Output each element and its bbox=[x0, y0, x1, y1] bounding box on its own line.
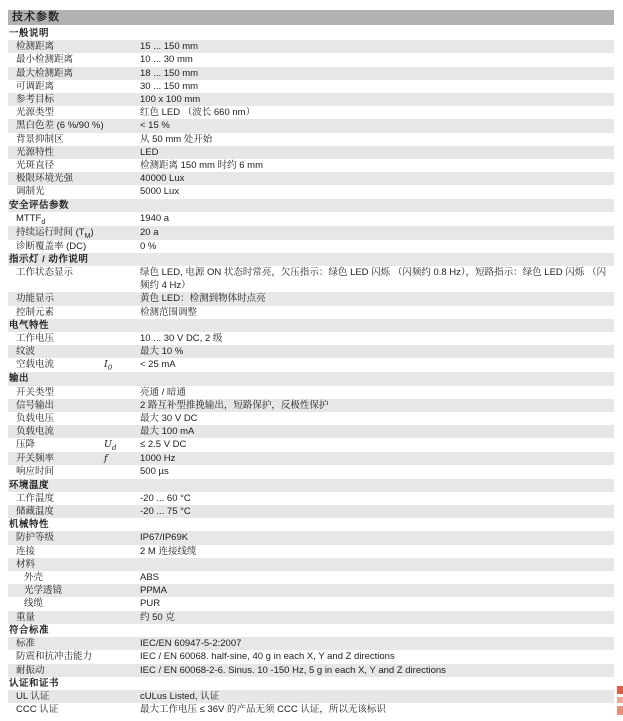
param-symbol bbox=[104, 240, 140, 253]
param-name: 诊断覆盖率 (DC) bbox=[8, 240, 104, 253]
param-name: 可调距离 bbox=[8, 80, 104, 93]
param-name: 信号输出 bbox=[8, 399, 104, 412]
param-value: 2 M 连接线缆 bbox=[140, 545, 614, 558]
param-name: 工作电压 bbox=[8, 332, 104, 345]
param-symbol bbox=[104, 597, 140, 610]
param-name: 耐振动 bbox=[8, 664, 104, 677]
param-symbol bbox=[104, 558, 140, 571]
param-name: 连接 bbox=[8, 545, 104, 558]
param-symbol bbox=[104, 133, 140, 146]
param-symbol bbox=[104, 80, 140, 93]
table-row: 工作温度-20 ... 60 °C bbox=[8, 492, 614, 505]
section-title: 输出 bbox=[9, 372, 29, 385]
param-name: 负载电流 bbox=[8, 425, 104, 438]
param-symbol: I0 bbox=[104, 358, 140, 372]
param-value: 20 a bbox=[140, 226, 614, 240]
param-value: 5000 Lux bbox=[140, 185, 614, 198]
param-value: PPMA bbox=[140, 584, 614, 597]
param-value: 最大工作电压 ≤ 36V 的产品无须 CCC 认证，所以无该标识 bbox=[140, 703, 614, 716]
table-row: 储藏温度-20 ... 75 °C bbox=[8, 505, 614, 518]
param-name: 储藏温度 bbox=[8, 505, 104, 518]
table-row: 光学透镜PPMA bbox=[8, 584, 614, 597]
param-name: 外壳 bbox=[8, 571, 104, 584]
param-value: 30 ... 150 mm bbox=[140, 80, 614, 93]
table-row: 外壳ABS bbox=[8, 571, 614, 584]
param-name: CCC 认证 bbox=[8, 703, 104, 716]
table-row: 负载电流最大 100 mA bbox=[8, 425, 614, 438]
param-value: 最大 10 % bbox=[140, 345, 614, 358]
table-row: MTTFd1940 a bbox=[8, 212, 614, 226]
param-value: cULus Listed, 认证 bbox=[140, 690, 614, 703]
table-row: 防震和抗冲击能力IEC / EN 60068. half-sine, 40 g … bbox=[8, 650, 614, 663]
param-value: ABS bbox=[140, 571, 614, 584]
param-symbol bbox=[104, 53, 140, 66]
param-name: 光源类型 bbox=[8, 106, 104, 119]
table-row: 负载电压最大 30 V DC bbox=[8, 412, 614, 425]
table-row: 压降Ud≤ 2.5 V DC bbox=[8, 438, 614, 452]
param-value: 红色 LED （波长 660 nm） bbox=[140, 106, 614, 119]
param-symbol bbox=[104, 172, 140, 185]
param-name: 检测距离 bbox=[8, 40, 104, 53]
param-value: 绿色 LED, 电源 ON 状态时常亮，欠压指示：绿色 LED 闪烁 （闪频约 … bbox=[140, 266, 614, 292]
param-value: 40000 Lux bbox=[140, 172, 614, 185]
param-name: 材料 bbox=[8, 558, 104, 571]
section-header: 电气特性 bbox=[8, 319, 614, 332]
table-row: 纹波最大 10 % bbox=[8, 345, 614, 358]
param-symbol bbox=[104, 664, 140, 677]
param-name: 标准 bbox=[8, 637, 104, 650]
param-value: 检测范围调整 bbox=[140, 306, 614, 319]
red-stamp-fragment bbox=[617, 686, 623, 721]
param-symbol bbox=[104, 106, 140, 119]
param-symbol bbox=[104, 226, 140, 240]
param-symbol bbox=[104, 332, 140, 345]
table-row: 可调距离30 ... 150 mm bbox=[8, 80, 614, 93]
param-value: 100 x 100 mm bbox=[140, 93, 614, 106]
param-symbol bbox=[104, 703, 140, 716]
param-name: 背景抑制区 bbox=[8, 133, 104, 146]
param-value: 最大 30 V DC bbox=[140, 412, 614, 425]
param-value: 最大 100 mA bbox=[140, 425, 614, 438]
red-stamp-mark bbox=[617, 697, 623, 703]
table-row: 调制光5000 Lux bbox=[8, 185, 614, 198]
param-value: 500 µs bbox=[140, 465, 614, 478]
param-name: 控制元素 bbox=[8, 306, 104, 319]
param-symbol bbox=[104, 399, 140, 412]
table-row: CCC 认证最大工作电压 ≤ 36V 的产品无须 CCC 认证，所以无该标识 bbox=[8, 703, 614, 716]
table-row: 持续运行时间 (TM)20 a bbox=[8, 226, 614, 240]
param-name: 压降 bbox=[8, 438, 104, 452]
param-value: -20 ... 75 °C bbox=[140, 505, 614, 518]
section-header: 指示灯 / 动作说明 bbox=[8, 253, 614, 266]
param-symbol bbox=[104, 571, 140, 584]
param-name: 持续运行时间 (TM) bbox=[8, 226, 104, 240]
param-name: 工作温度 bbox=[8, 492, 104, 505]
param-value: 约 50 克 bbox=[140, 611, 614, 624]
table-row: 背景抑制区从 50 mm 处开始 bbox=[8, 133, 614, 146]
param-symbol bbox=[104, 505, 140, 518]
param-symbol bbox=[104, 185, 140, 198]
param-name: 光斑直径 bbox=[8, 159, 104, 172]
param-symbol bbox=[104, 292, 140, 305]
table-row: 工作状态显示绿色 LED, 电源 ON 状态时常亮，欠压指示：绿色 LED 闪烁… bbox=[8, 266, 614, 292]
param-symbol bbox=[104, 386, 140, 399]
table-row: 防护等级IP67/IP69K bbox=[8, 531, 614, 544]
param-value: 18 ... 150 mm bbox=[140, 67, 614, 80]
red-stamp-mark bbox=[617, 686, 623, 694]
param-name: 防护等级 bbox=[8, 531, 104, 544]
param-name: 开关频率 bbox=[8, 452, 104, 465]
table-row: 最大检测距离18 ... 150 mm bbox=[8, 67, 614, 80]
param-name: 光学透镜 bbox=[8, 584, 104, 597]
param-value: 黄色 LED：检测到物体时点亮 bbox=[140, 292, 614, 305]
param-name: 重量 bbox=[8, 611, 104, 624]
param-value: 亮通 / 暗通 bbox=[140, 386, 614, 399]
section-header: 安全评估参数 bbox=[8, 199, 614, 212]
param-symbol: f bbox=[104, 452, 140, 465]
param-value: 检测距离 150 mm 时约 6 mm bbox=[140, 159, 614, 172]
param-symbol bbox=[104, 492, 140, 505]
param-value: ≤ 2.5 V DC bbox=[140, 438, 614, 452]
param-value bbox=[140, 558, 614, 571]
param-name: 纹波 bbox=[8, 345, 104, 358]
param-symbol bbox=[104, 212, 140, 226]
table-row: 光源特性LED bbox=[8, 146, 614, 159]
table-row: 功能显示黄色 LED：检测到物体时点亮 bbox=[8, 292, 614, 305]
table-row: 空载电流I0< 25 mA bbox=[8, 358, 614, 372]
table-row: 控制元素检测范围调整 bbox=[8, 306, 614, 319]
section-header: 符合标准 bbox=[8, 624, 614, 637]
param-name: 负载电压 bbox=[8, 412, 104, 425]
table-row: 参考目标100 x 100 mm bbox=[8, 93, 614, 106]
table-row: 最小检测距离10 ... 30 mm bbox=[8, 53, 614, 66]
param-value: -20 ... 60 °C bbox=[140, 492, 614, 505]
param-name: 最大检测距离 bbox=[8, 67, 104, 80]
param-value: 15 ... 150 mm bbox=[140, 40, 614, 53]
param-symbol bbox=[104, 67, 140, 80]
table-row: 检测距离15 ... 150 mm bbox=[8, 40, 614, 53]
section-title: 指示灯 / 动作说明 bbox=[9, 253, 88, 266]
param-name: 功能显示 bbox=[8, 292, 104, 305]
table-row: 极限环境光强40000 Lux bbox=[8, 172, 614, 185]
param-value: 从 50 mm 处开始 bbox=[140, 133, 614, 146]
page-title: 技术参数 bbox=[12, 11, 60, 23]
table-row: 连接2 M 连接线缆 bbox=[8, 545, 614, 558]
param-symbol bbox=[104, 146, 140, 159]
table-row: 诊断覆盖率 (DC)0 % bbox=[8, 240, 614, 253]
param-value: PUR bbox=[140, 597, 614, 610]
param-value: < 25 mA bbox=[140, 358, 614, 372]
section-header: 机械特性 bbox=[8, 518, 614, 531]
section-title: 机械特性 bbox=[9, 518, 49, 531]
param-name: 调制光 bbox=[8, 185, 104, 198]
param-value: IP67/IP69K bbox=[140, 531, 614, 544]
page-root: { "page": { "title": "技术参数" }, "colors":… bbox=[0, 0, 623, 721]
param-symbol bbox=[104, 584, 140, 597]
table-row: 工作电压10 ... 30 V DC, 2 级 bbox=[8, 332, 614, 345]
param-symbol bbox=[104, 119, 140, 132]
param-name: 工作状态显示 bbox=[8, 266, 104, 292]
param-value: 1940 a bbox=[140, 212, 614, 226]
section-title: 一般说明 bbox=[9, 27, 49, 40]
table-row: UL 认证cULus Listed, 认证 bbox=[8, 690, 614, 703]
section-title: 安全评估参数 bbox=[9, 199, 69, 212]
section-title: 环境温度 bbox=[9, 479, 49, 492]
param-value: 10 ... 30 mm bbox=[140, 53, 614, 66]
param-name: 参考目标 bbox=[8, 93, 104, 106]
param-symbol bbox=[104, 345, 140, 358]
table-row: 光源类型红色 LED （波长 660 nm） bbox=[8, 106, 614, 119]
section-title: 符合标准 bbox=[9, 624, 49, 637]
section-header: 环境温度 bbox=[8, 479, 614, 492]
param-name: 光源特性 bbox=[8, 146, 104, 159]
param-symbol bbox=[104, 637, 140, 650]
param-value: 2 路互补型推挽输出，短路保护，反极性保护 bbox=[140, 399, 614, 412]
param-symbol bbox=[104, 531, 140, 544]
param-symbol bbox=[104, 93, 140, 106]
table-row: 线缆PUR bbox=[8, 597, 614, 610]
param-value: < 15 % bbox=[140, 119, 614, 132]
param-symbol bbox=[104, 545, 140, 558]
param-name: 开关类型 bbox=[8, 386, 104, 399]
param-symbol bbox=[104, 611, 140, 624]
param-symbol bbox=[104, 465, 140, 478]
table-row: 信号输出2 路互补型推挽输出，短路保护，反极性保护 bbox=[8, 399, 614, 412]
table-row: 开关类型亮通 / 暗通 bbox=[8, 386, 614, 399]
title-bar: 技术参数 bbox=[8, 10, 614, 25]
param-value: LED bbox=[140, 146, 614, 159]
red-stamp-mark bbox=[617, 706, 623, 715]
param-symbol bbox=[104, 159, 140, 172]
table-row: 响应时间500 µs bbox=[8, 465, 614, 478]
param-symbol bbox=[104, 425, 140, 438]
param-name: 极限环境光强 bbox=[8, 172, 104, 185]
param-name: 最小检测距离 bbox=[8, 53, 104, 66]
param-value: 1000 Hz bbox=[140, 452, 614, 465]
param-name: 线缆 bbox=[8, 597, 104, 610]
section-title: 电气特性 bbox=[9, 319, 49, 332]
param-symbol bbox=[104, 650, 140, 663]
param-name: 防震和抗冲击能力 bbox=[8, 650, 104, 663]
param-symbol bbox=[104, 306, 140, 319]
param-name: 黑白色差 (6 %/90 %) bbox=[8, 119, 104, 132]
table-row: 重量约 50 克 bbox=[8, 611, 614, 624]
param-symbol bbox=[104, 412, 140, 425]
table-row: 耐振动IEC / EN 60068-2-6. Sinus. 10 -150 Hz… bbox=[8, 664, 614, 677]
table-row: 黑白色差 (6 %/90 %)< 15 % bbox=[8, 119, 614, 132]
section-header: 输出 bbox=[8, 372, 614, 385]
table-row: 光斑直径检测距离 150 mm 时约 6 mm bbox=[8, 159, 614, 172]
param-name: UL 认证 bbox=[8, 690, 104, 703]
param-value: IEC / EN 60068. half-sine, 40 g in each … bbox=[140, 650, 614, 663]
param-name: 响应时间 bbox=[8, 465, 104, 478]
section-header: 认证和证书 bbox=[8, 677, 614, 690]
param-name: 空载电流 bbox=[8, 358, 104, 372]
param-value: 10 ... 30 V DC, 2 级 bbox=[140, 332, 614, 345]
table-row: 材料 bbox=[8, 558, 614, 571]
param-symbol: Ud bbox=[104, 438, 140, 452]
param-value: IEC / EN 60068-2-6. Sinus. 10 -150 Hz, 5… bbox=[140, 664, 614, 677]
param-symbol bbox=[104, 266, 140, 292]
param-name: MTTFd bbox=[8, 212, 104, 226]
section-title: 认证和证书 bbox=[9, 677, 59, 690]
section-header: 一般说明 bbox=[8, 27, 614, 40]
param-symbol bbox=[104, 690, 140, 703]
param-value: 0 % bbox=[140, 240, 614, 253]
spec-table: 一般说明检测距离15 ... 150 mm最小检测距离10 ... 30 mm最… bbox=[8, 27, 614, 716]
param-value: IEC/EN 60947-5-2:2007 bbox=[140, 637, 614, 650]
param-symbol bbox=[104, 40, 140, 53]
table-row: 开关频率f1000 Hz bbox=[8, 452, 614, 465]
table-row: 标准IEC/EN 60947-5-2:2007 bbox=[8, 637, 614, 650]
